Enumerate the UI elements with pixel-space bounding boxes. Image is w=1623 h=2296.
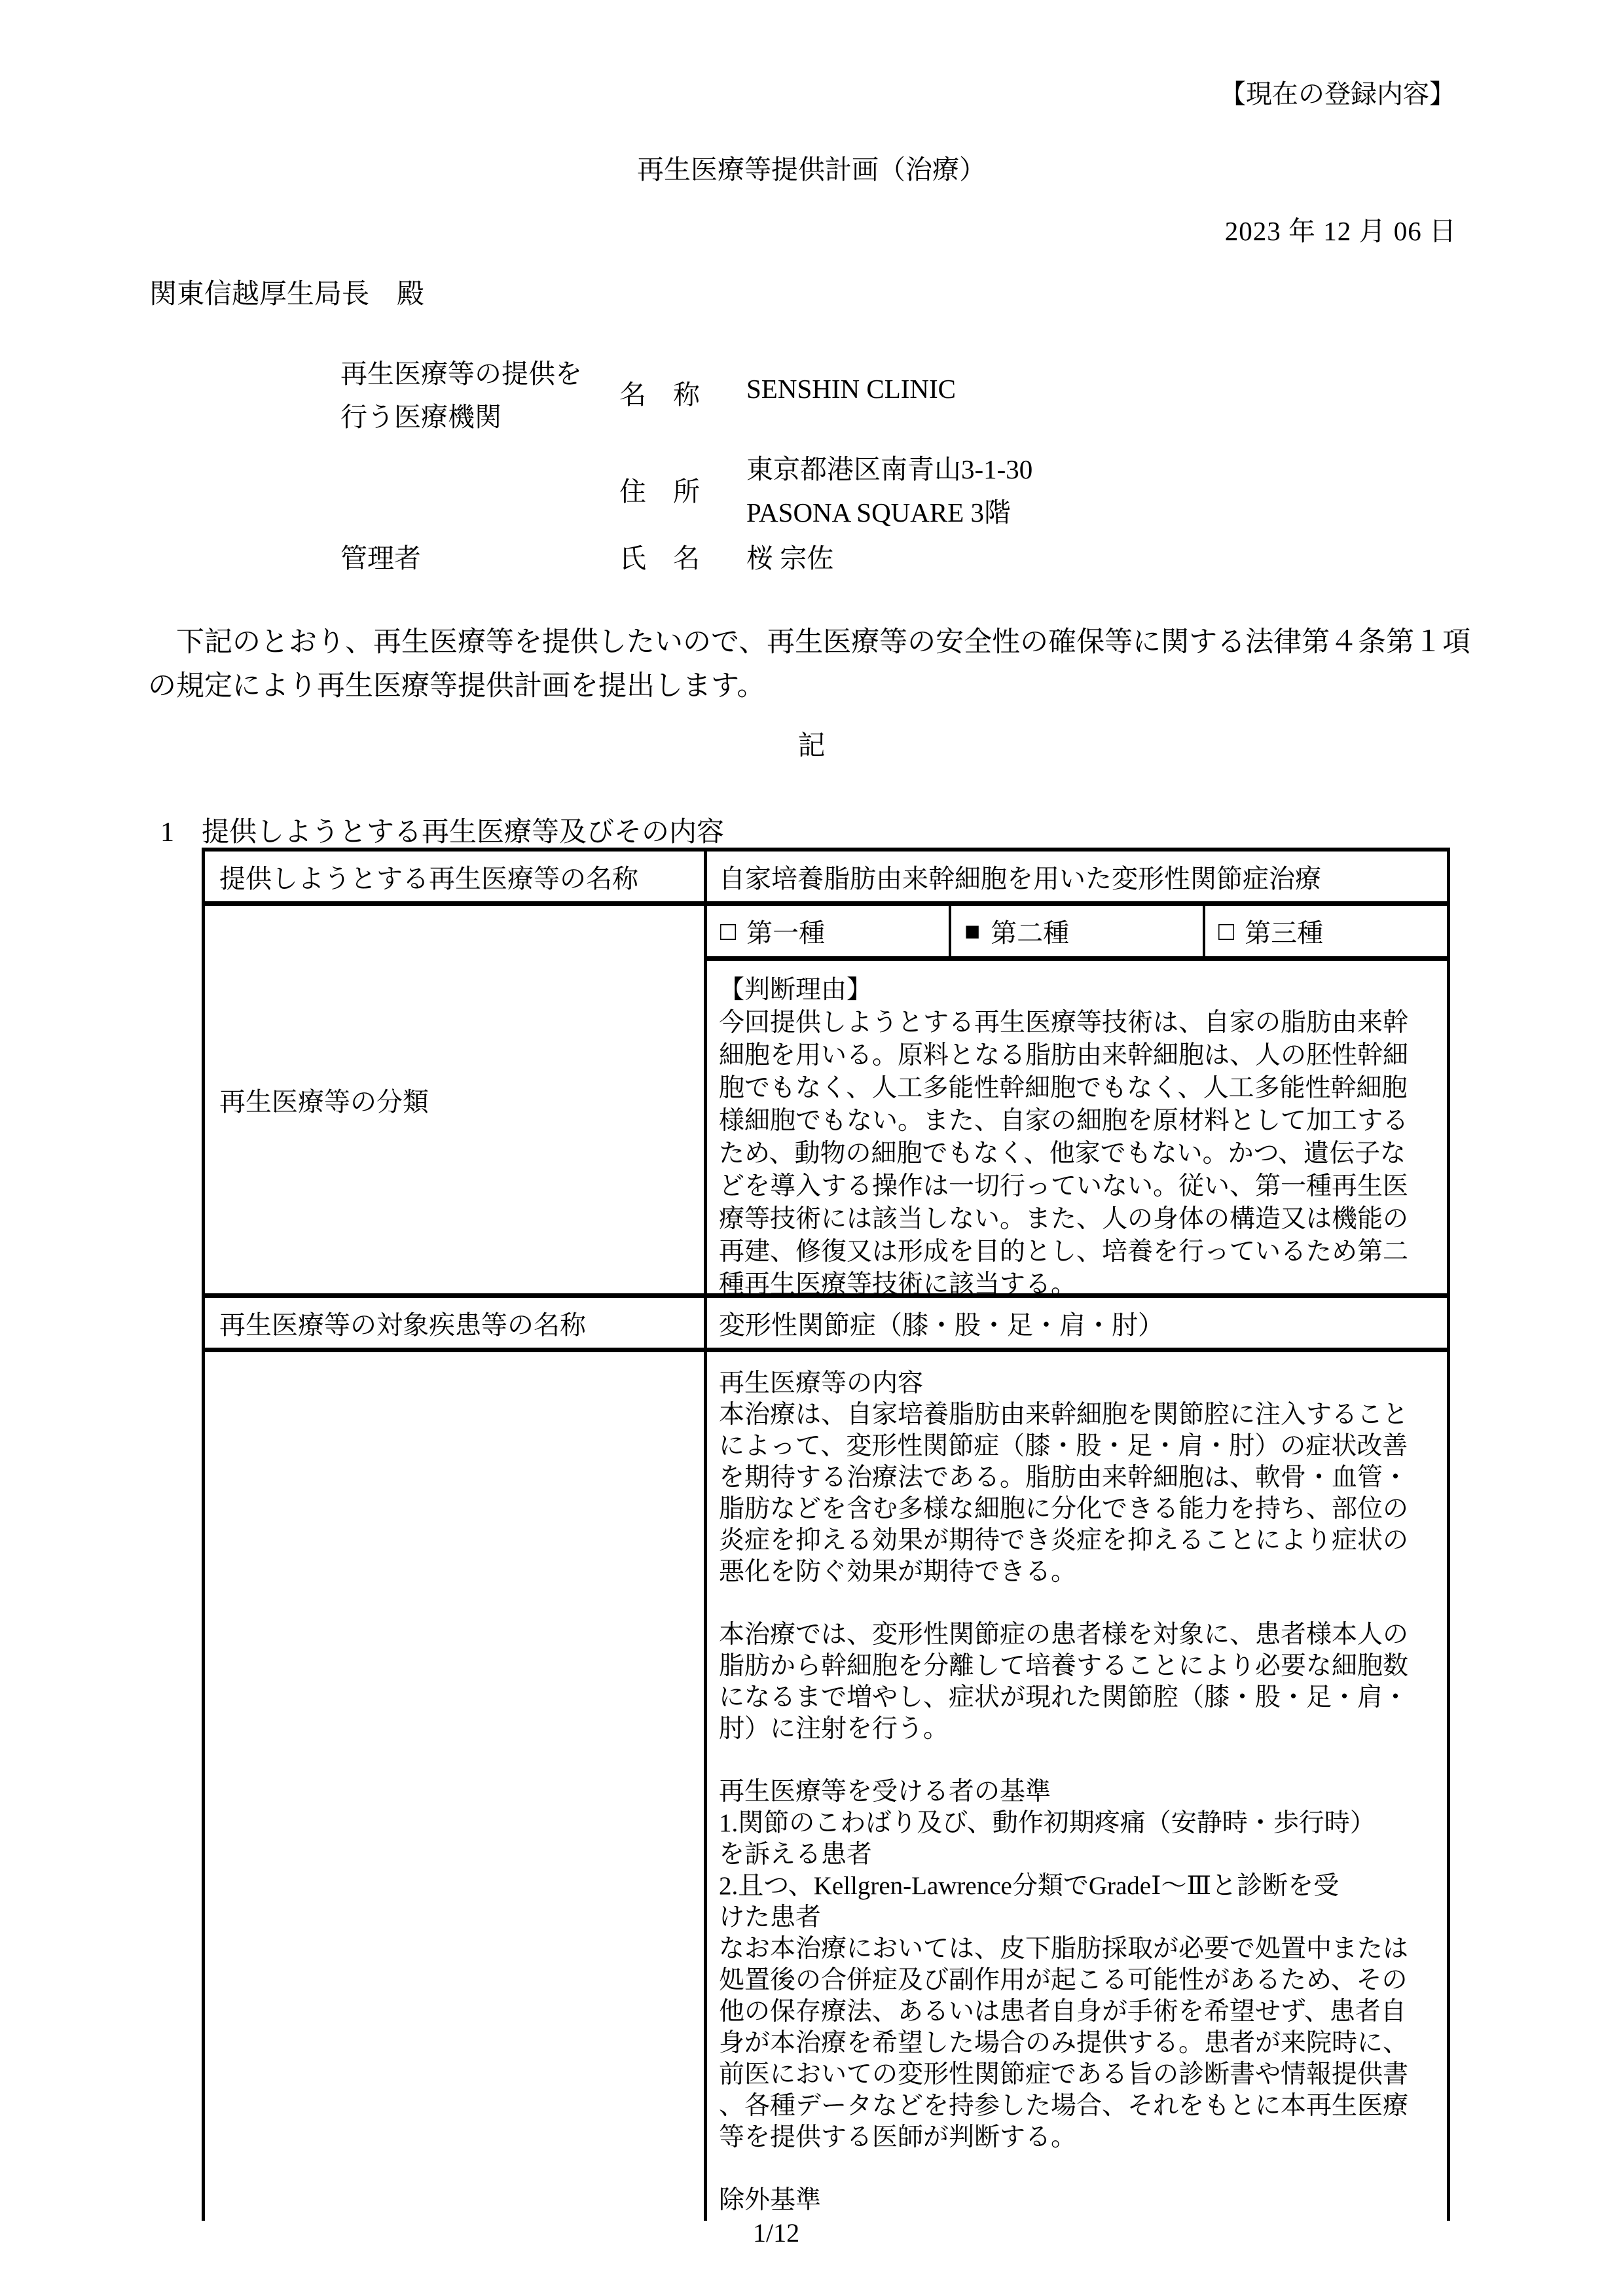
judgment-reason-text: 【判断理由】 今回提供しようとする再生医療等技術は、自家の脂肪由来幹 細胞を用い… <box>707 961 1447 1293</box>
submission-statement: 下記のとおり、再生医療等を提供したいので、再生医療等の安全性の確保等に関する法律… <box>148 620 1497 708</box>
checkbox-option-type1: □ 第一種 <box>707 906 951 956</box>
checkbox-option-type3: □ 第三種 <box>1205 906 1447 956</box>
addressee-line: 関東信越厚生局長 殿 <box>149 272 424 312</box>
treatment-name-value: 自家培養脂肪由来幹細胞を用いた変形性関節症治療 <box>707 852 1447 901</box>
treatment-content-text: 再生医療等の内容 本治療は、自家培養脂肪由来幹細胞を関節腔に注入すること によっ… <box>707 1352 1447 2221</box>
type3-checkbox-unchecked-icon: □ <box>1218 916 1234 946</box>
provider-name-value: SENSHIN CLINIC <box>746 373 956 404</box>
document-title: 再生医療等提供計画（治療） <box>0 148 1623 187</box>
manager-name-label: 氏 名 <box>619 537 700 575</box>
manager-name-value: 桜 宗佐 <box>746 537 833 575</box>
target-disease-value: 変形性関節症（膝・股・足・肩・肘） <box>707 1298 1447 1348</box>
classification-checkbox-row: □ 第一種 ■ 第二種 □ 第三種 <box>707 906 1447 961</box>
type1-checkbox-label: 第一種 <box>746 912 825 950</box>
document-page: 【現在の登録内容】 再生医療等提供計画（治療） 2023 年 12 月 06 日… <box>0 0 1623 2296</box>
section-1-heading: 1 提供しようとする再生医療等及びその内容 <box>160 810 724 850</box>
classification-content: □ 第一種 ■ 第二種 □ 第三種 【判断理由】 今回提供しようとする再生医療等… <box>707 906 1447 1293</box>
classification-label: 再生医療等の分類 <box>205 906 707 1293</box>
table-row-treatment-name: 提供しようとする再生医療等の名称 自家培養脂肪由来幹細胞を用いた変形性関節症治療 <box>205 852 1447 906</box>
checkbox-option-type2: ■ 第二種 <box>951 906 1205 956</box>
provider-address-value: 東京都港区南青山3-1-30 PASONA SQUARE 3階 <box>746 448 1032 534</box>
treatment-content-label-empty <box>205 1352 707 2221</box>
provider-address-label: 住 所 <box>619 470 700 509</box>
manager-label: 管理者 <box>340 537 421 575</box>
type1-checkbox-unchecked-icon: □ <box>720 916 736 946</box>
note-marker: 記 <box>0 724 1623 763</box>
type2-checkbox-checked-icon: ■ <box>964 916 980 946</box>
type2-checkbox-label: 第二種 <box>991 912 1069 950</box>
type3-checkbox-label: 第三種 <box>1245 912 1323 950</box>
treatment-name-label: 提供しようとする再生医療等の名称 <box>205 852 707 901</box>
document-date: 2023 年 12 月 06 日 <box>1225 209 1457 248</box>
plan-table: 提供しようとする再生医療等の名称 自家培養脂肪由来幹細胞を用いた変形性関節症治療… <box>202 848 1450 2221</box>
provider-name-label: 名 称 <box>619 373 700 412</box>
provider-institution-label: 再生医療等の提供を 行う医療機関 <box>340 352 582 439</box>
target-disease-label: 再生医療等の対象疾患等の名称 <box>205 1298 707 1348</box>
table-row-classification: 再生医療等の分類 □ 第一種 ■ 第二種 □ 第三種 【判 <box>205 906 1447 1298</box>
page-number: 1/12 <box>753 2217 799 2248</box>
table-row-treatment-content: 再生医療等の内容 本治療は、自家培養脂肪由来幹細胞を関節腔に注入すること によっ… <box>205 1352 1447 2221</box>
table-row-target-disease: 再生医療等の対象疾患等の名称 変形性関節症（膝・股・足・肩・肘） <box>205 1298 1447 1352</box>
registration-status-note: 【現在の登録内容】 <box>1220 73 1455 111</box>
